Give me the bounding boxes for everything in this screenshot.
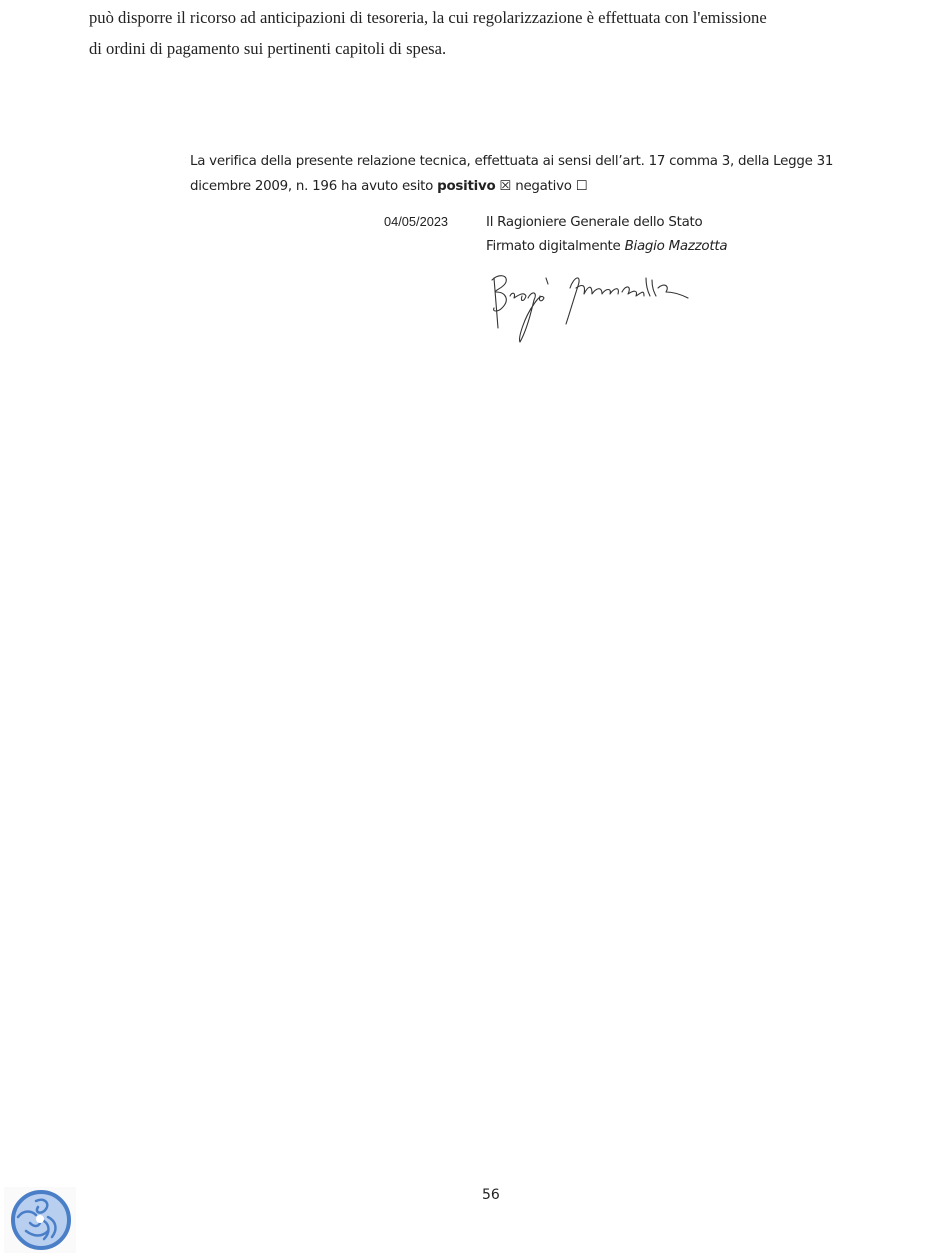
emblem-logo-icon (4, 1187, 76, 1253)
body-line: di ordini di pagamento sui pertinenti ca… (89, 33, 919, 64)
verification-prefix: dicembre 2009, n. 196 ha avuto esito (190, 179, 437, 194)
negative-checkbox: ☐ (576, 179, 588, 194)
page-number: 56 (482, 1187, 500, 1203)
signer-block: Il Ragioniere Generale dello Stato Firma… (486, 211, 727, 259)
signature-date: 04/05/2023 (384, 214, 448, 229)
positive-checkbox: ☒ (499, 179, 511, 194)
handwritten-signature (484, 268, 699, 348)
signer-name: Biagio Mazzotta (625, 239, 728, 254)
positive-label: positivo (437, 179, 495, 194)
verification-statement: La verifica della presente relazione tec… (190, 149, 927, 199)
body-paragraph: può disporre il ricorso ad anticipazioni… (89, 2, 919, 64)
signer-title: Il Ragioniere Generale dello Stato (486, 211, 727, 235)
verification-line-1: La verifica della presente relazione tec… (190, 149, 927, 174)
signed-line: Firmato digitalmente Biagio Mazzotta (486, 235, 727, 259)
verification-line-2: dicembre 2009, n. 196 ha avuto esito pos… (190, 174, 927, 199)
negative-label: negativo (515, 179, 572, 194)
body-line: può disporre il ricorso ad anticipazioni… (89, 2, 919, 33)
signed-prefix: Firmato digitalmente (486, 239, 625, 254)
